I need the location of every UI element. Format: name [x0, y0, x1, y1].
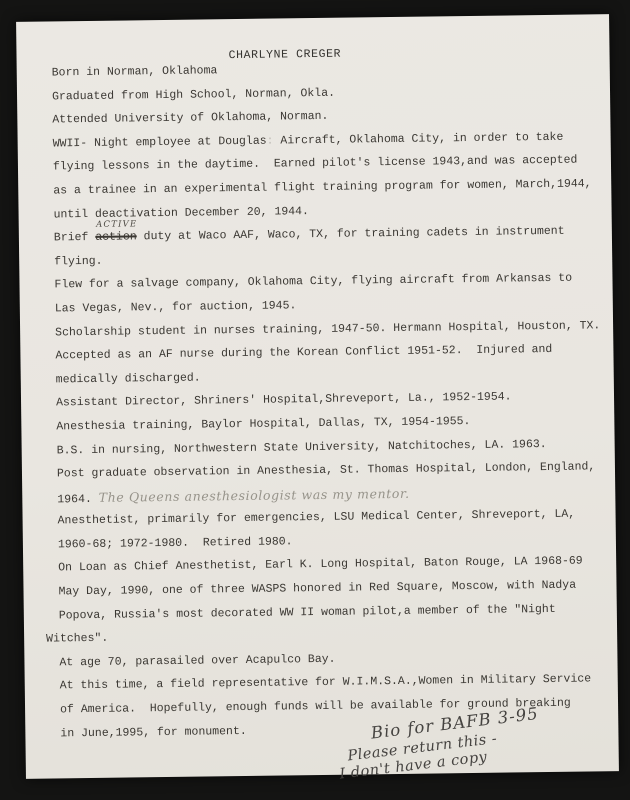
typed-text: Accepted as an AF nurse during the Korea… [55, 343, 552, 363]
typed-text: On Loan as Chief Anesthetist, Earl K. Lo… [58, 555, 583, 575]
typed-text: Born in Norman, Oklahoma [52, 64, 218, 79]
typed-text: Post graduate observation in Anesthesia,… [57, 460, 595, 480]
faint-erased-character: : [267, 134, 274, 147]
typed-text: duty at Waco AAF, Waco, TX, for training… [137, 225, 565, 244]
typed-text: B.S. in nursing, Northwestern State Univ… [57, 438, 547, 457]
typed-text: Witches". [46, 632, 108, 646]
typed-text: Flew for a salvage company, Oklahoma Cit… [54, 272, 572, 292]
typed-text: Attended University of Oklahoma, Norman. [52, 110, 328, 127]
typed-text: Graduated from High School, Norman, Okla… [52, 86, 335, 103]
typed-text: WWII- Night employee at Douglas [53, 134, 267, 150]
typed-text: flying. [54, 255, 102, 269]
typed-text: flying lessons in the daytime. Earned pi… [53, 154, 578, 174]
typed-text: At age 70, parasailed over Acapulco Bay. [59, 653, 335, 670]
document-page: CHARLYNE CREGER Born in Norman, Oklahoma… [16, 14, 619, 779]
typed-text: Aircraft, Oklahoma City, in order to tak… [273, 131, 563, 148]
typed-text: Brief [54, 231, 96, 245]
typed-text: until deactivation December 20, 1944. [54, 205, 309, 221]
handwritten-inline-note: The Queens anesthesiologist was my mento… [99, 485, 410, 504]
typed-text: May Day, 1990, one of three WASPS honore… [58, 579, 576, 599]
typed-text-block: Born in Norman, OklahomaGraduated from H… [52, 54, 617, 745]
typed-text: Scholarship student in nurses training, … [55, 319, 600, 339]
typed-text: 1960-68; 1972-1980. Retired 1980. [58, 535, 293, 551]
typed-text: Anesthetist, primarily for emergencies, … [58, 508, 576, 528]
typed-text: medically discharged. [56, 371, 201, 386]
struck-out-word: actionACTIVE [95, 231, 137, 245]
photo-background: CHARLYNE CREGER Born in Norman, Oklahoma… [0, 0, 630, 800]
typed-text: 1964. [57, 493, 99, 507]
typed-text: Popova, Russia's most decorated WW II wo… [59, 603, 556, 623]
typed-text: Anesthesia training, Baylor Hospital, Da… [56, 415, 470, 433]
typed-text: in June,1995, for monument. [60, 725, 246, 740]
handwritten-correction: ACTIVE [96, 220, 137, 230]
typed-text: as a trainee in an experimental flight t… [53, 177, 591, 197]
typed-text: At this time, a field representative for… [60, 673, 592, 693]
typed-text: Assistant Director, Shriners' Hospital,S… [56, 391, 512, 410]
typed-text: Las Vegas, Nev., for auction, 1945. [55, 299, 297, 315]
